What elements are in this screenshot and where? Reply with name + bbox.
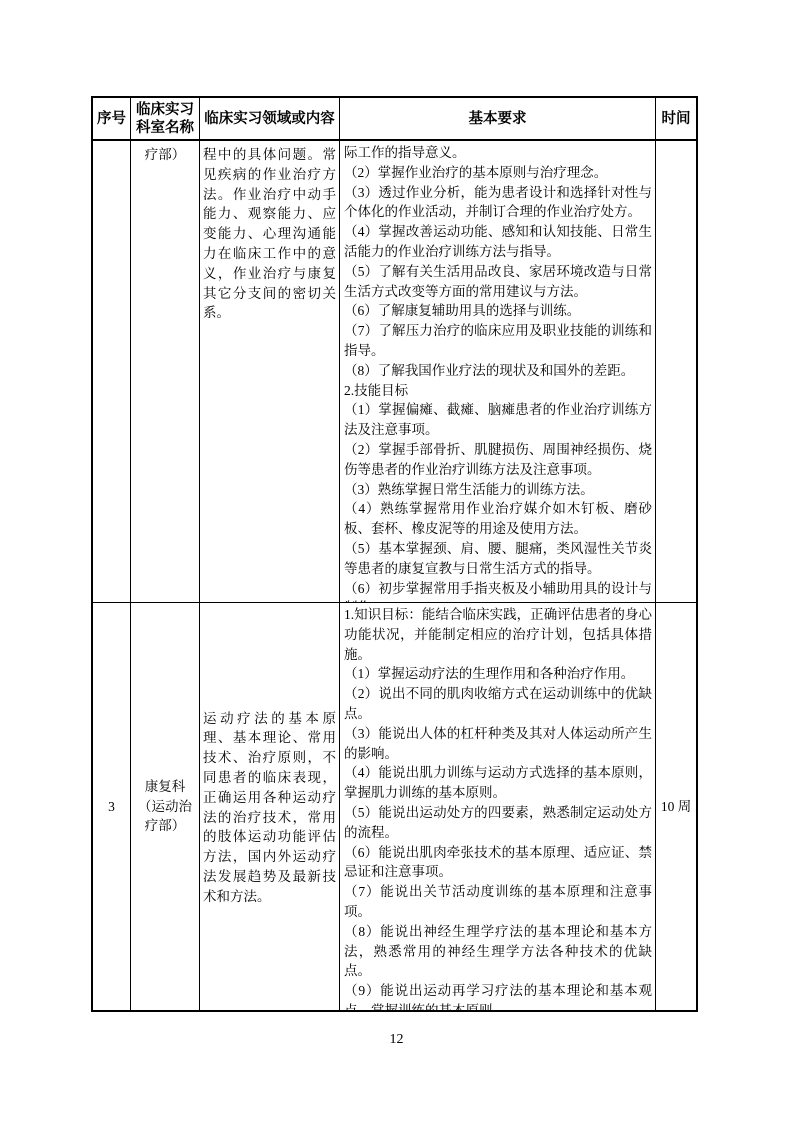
header-seq: 序号	[93, 98, 131, 141]
requirement-line: （8）能说出神经生理学疗法的基本理论和基本方法，熟悉常用的神经生理学方法各种技术…	[344, 922, 652, 981]
row2-dept-line: 康复科	[145, 777, 186, 797]
document-page: 序号 临床实习科室名称 临床实习领域或内容 基本要求 时间 疗部） 程中的具体问…	[0, 0, 793, 1122]
row2-time-value: 10 周	[661, 797, 691, 817]
requirement-line: （8）了解我国作业疗法的现状及和国外的差距。	[344, 361, 652, 381]
requirement-line: （2）掌握手部骨折、肌腱损伤、周围神经损伤、烧伤等患者的作业治疗训练方法及注意事…	[344, 440, 652, 480]
requirement-line: （9）能说出运动再学习疗法的基本理论和基本观点，掌握训练的基本原则。	[344, 981, 652, 1010]
header-dept: 临床实习科室名称	[131, 98, 200, 141]
row1-time	[656, 141, 696, 603]
requirement-line: （3）能说出人体的杠杆种类及其对人体运动所产生的影响。	[344, 724, 652, 764]
row2-dept-line: （运动治	[138, 797, 192, 817]
requirement-line: （5）能说出运动处方的四要素，熟悉制定运动处方的流程。	[344, 803, 652, 843]
requirement-line: （3）透过作业分析，能为患者设计和选择针对性与个体化的作业活动，并制订合理的作业…	[344, 183, 652, 223]
header-area-label: 临床实习领域或内容	[204, 110, 335, 128]
row2-requirements: 1.知识目标：能结合临床实践，正确评估患者的身心功能状况，并能制定相应的治疗计划…	[340, 603, 656, 1010]
requirement-line: （7）了解压力治疗的临床应用及职业技能的训练和指导。	[344, 321, 652, 361]
row1-seq	[93, 141, 131, 603]
internship-requirements-table: 序号 临床实习科室名称 临床实习领域或内容 基本要求 时间 疗部） 程中的具体问…	[91, 96, 698, 1012]
row2-dept-line: 疗部）	[145, 816, 186, 836]
requirement-line: （3）熟练掌握日常生活能力的训练方法。	[344, 480, 652, 500]
requirement-line: 1.知识目标：能结合临床实践，正确评估患者的身心功能状况，并能制定相应的治疗计划…	[344, 605, 652, 664]
header-requirements: 基本要求	[340, 98, 656, 141]
row1-area: 程中的具体问题。常见疾病的作业治疗方法。作业治疗中动手能力、观察能力、应变能力、…	[200, 141, 340, 603]
header-time-label: 时间	[662, 110, 691, 128]
requirement-line: （4）掌握改善运动功能、感知和认知技能、日常生活能力的作业治疗训练方法与指导。	[344, 222, 652, 262]
header-time: 时间	[656, 98, 696, 141]
header-requirements-label: 基本要求	[469, 110, 527, 128]
requirement-line: （6）了解康复辅助用具的选择与训练。	[344, 301, 652, 321]
header-dept-line: 临床实习	[136, 101, 194, 119]
row1-dept-line: 疗部）	[145, 145, 186, 165]
row2-seq-value: 3	[108, 797, 115, 817]
row1-area-text: 程中的具体问题。常见疾病的作业治疗方法。作业治疗中动手能力、观察能力、应变能力、…	[203, 145, 336, 323]
row2-area-text: 运动疗法的基本原理、基本理论、常用技术、治疗原则，不同患者的临床表现，正确运用各…	[203, 709, 336, 907]
header-dept-line: 科室名称	[136, 119, 194, 137]
row1-dept: 疗部）	[131, 141, 200, 603]
row2-seq: 3	[93, 603, 131, 1010]
requirement-line: （2）说出不同的肌肉收缩方式在运动训练中的优缺点。	[344, 684, 652, 724]
requirement-line: （1）掌握运动疗法的生理作用和各种治疗作用。	[344, 664, 652, 684]
row2-dept: 康复科（运动治疗部）	[131, 603, 200, 1010]
requirement-line: （4）熟练掌握常用作业治疗媒介如木钉板、磨砂板、套杯、橡皮泥等的用途及使用方法。	[344, 499, 652, 539]
requirement-line: （1）掌握偏瘫、截瘫、脑瘫患者的作业治疗训练方法及注意事项。	[344, 400, 652, 440]
requirement-line: （6）初步掌握常用手指夹板及小辅助用具的设计与制作。	[344, 579, 652, 603]
page-number: 12	[0, 1031, 793, 1049]
requirement-line: （4）能说出肌力训练与运动方式选择的基本原则，掌握肌力训练的基本原则。	[344, 763, 652, 803]
requirement-line: 2.技能目标	[344, 381, 652, 401]
row2-area: 运动疗法的基本原理、基本理论、常用技术、治疗原则，不同患者的临床表现，正确运用各…	[200, 603, 340, 1010]
header-area: 临床实习领域或内容	[200, 98, 340, 141]
requirement-line: （7）能说出关节活动度训练的基本原理和注意事项。	[344, 882, 652, 922]
requirement-line: （2）掌握作业治疗的基本原则与治疗理念。	[344, 163, 652, 183]
requirement-line: （5）基本掌握颈、肩、腰、腿痛，类风湿性关节炎等患者的康复宣教与日常生活方式的指…	[344, 539, 652, 579]
requirement-line: （6）能说出肌肉牵张技术的基本原理、适应证、禁忌证和注意事项。	[344, 843, 652, 883]
row1-requirements: 际工作的指导意义。（2）掌握作业治疗的基本原则与治疗理念。（3）透过作业分析，能…	[340, 141, 656, 603]
requirement-line: （5）了解有关生活用品改良、家居环境改造与日常生活方式改变等方面的常用建议与方法…	[344, 262, 652, 302]
header-seq-label: 序号	[97, 110, 126, 128]
requirement-line: 际工作的指导意义。	[344, 143, 652, 163]
row2-time: 10 周	[656, 603, 696, 1010]
